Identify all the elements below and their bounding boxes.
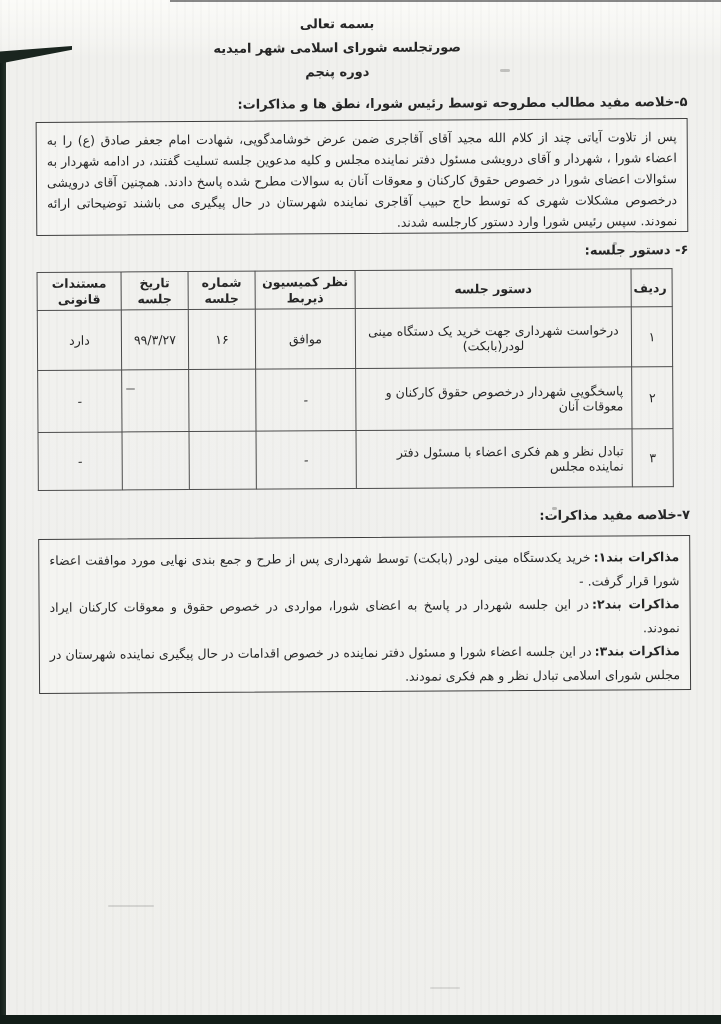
scan-artifact [500, 69, 510, 72]
column-header-commission-opinion: نظر کمیسیون ذیربط [255, 271, 355, 310]
negotiation-item-text: در این جلسه شهردار در پاسخ به اعضای شورا… [50, 597, 680, 635]
document-title: صورتجلسه شورای اسلامی شهر امیدیه [0, 39, 677, 58]
negotiation-item-3: مذاکرات بند۳:در این جلسه اعضاء شورا و مس… [50, 639, 680, 690]
negotiation-item-1: مذاکرات بند۱:خرید یکدستگاه مینی لودر (با… [49, 545, 679, 596]
table-row: ۳ تبادل نظر و هم فکری اعضاء با مسئول دفت… [38, 429, 673, 491]
term-label: دوره پنجم [0, 63, 677, 82]
cell-agenda-item: درخواست شهرداری جهت خرید یک دستگاه مینی … [355, 307, 631, 369]
table-row: ۱ درخواست شهرداری جهت خرید یک دستگاه مین… [37, 307, 672, 371]
scan-edge-left [0, 52, 6, 1017]
scanned-page: بسمه تعالی صورتجلسه شورای اسلامی شهر امی… [0, 0, 721, 1024]
cell-session-date [122, 432, 189, 490]
cell-row-number: ۲ [632, 367, 673, 429]
negotiation-item-label: مذاکرات بند۳: [595, 643, 680, 659]
scan-edge-bottom [0, 1015, 721, 1024]
scan-edge-top [170, 0, 721, 2]
column-header-session-date: تاریخ جلسه [121, 272, 188, 310]
cell-legal-docs: - [38, 432, 122, 491]
section5-heading: ۵-خلاصه مفید مطالب مطروحه توسط رئیس شورا… [237, 95, 687, 113]
cell-legal-docs: - [38, 370, 122, 433]
cell-session-date [122, 370, 189, 432]
cell-commission-opinion: - [256, 369, 356, 432]
cell-row-number: ۳ [632, 429, 673, 487]
cell-row-number: ۱ [631, 307, 672, 367]
cell-session-number [189, 431, 256, 489]
scan-artifact [126, 388, 135, 390]
column-header-row-number: ردیف [631, 269, 672, 307]
column-header-agenda-item: دستور جلسه [355, 269, 631, 309]
column-header-legal-docs: مستندات قانونی [37, 272, 121, 311]
negotiation-item-text: خرید یکدستگاه مینی لودر (بابکت) توسط شهر… [49, 550, 679, 589]
negotiation-item-2: مذاکرات بند۲:در این جلسه شهردار در پاسخ … [50, 592, 680, 643]
scan-artifact [430, 987, 460, 989]
cell-session-date: ۹۹/۳/۲۷ [121, 310, 188, 370]
agenda-table: ردیف دستور جلسه نظر کمیسیون ذیربط شماره … [37, 268, 674, 491]
bismillah: بسمه تعالی [0, 15, 677, 34]
cell-session-number [189, 369, 256, 431]
cell-session-number: ۱۶ [188, 309, 255, 369]
negotiation-item-label: مذاکرات بند۱: [594, 549, 680, 565]
cell-agenda-item: تبادل نظر و هم فکری اعضاء با مسئول دفتر … [356, 429, 632, 489]
scan-artifact [613, 242, 617, 245]
section5-summary-text: پس از تلاوت آیاتی چند از کلام الله مجید … [47, 126, 678, 235]
negotiation-item-label: مذاکرات بند۲: [592, 596, 680, 612]
cell-legal-docs: دارد [37, 310, 121, 371]
negotiation-item-text: در این جلسه اعضاء شورا و مسئول دفتر نمای… [50, 644, 680, 684]
scan-artifact [108, 905, 154, 907]
section5-summary-box: پس از تلاوت آیاتی چند از کلام الله مجید … [36, 118, 689, 236]
scan-artifact [552, 507, 557, 510]
section7-negotiations-box: مذاکرات بند۱:خرید یکدستگاه مینی لودر (با… [38, 535, 691, 694]
section6-heading: ۶- دستور جلسه: [585, 243, 689, 259]
table-row: ۲ پاسخگویی شهردار درخصوص حقوق کارکنان و … [38, 367, 673, 433]
table-header-row: ردیف دستور جلسه نظر کمیسیون ذیربط شماره … [37, 269, 672, 311]
cell-commission-opinion: - [256, 431, 356, 490]
document-content: بسمه تعالی صورتجلسه شورای اسلامی شهر امی… [0, 0, 721, 1024]
cell-agenda-item: پاسخگویی شهردار درخصوص حقوق کارکنان و مع… [356, 367, 632, 431]
section7-heading: ۷-خلاصه مفید مذاکرات: [539, 508, 690, 524]
cell-commission-opinion: موافق [255, 309, 355, 370]
column-header-session-number: شماره جلسه [188, 271, 255, 309]
